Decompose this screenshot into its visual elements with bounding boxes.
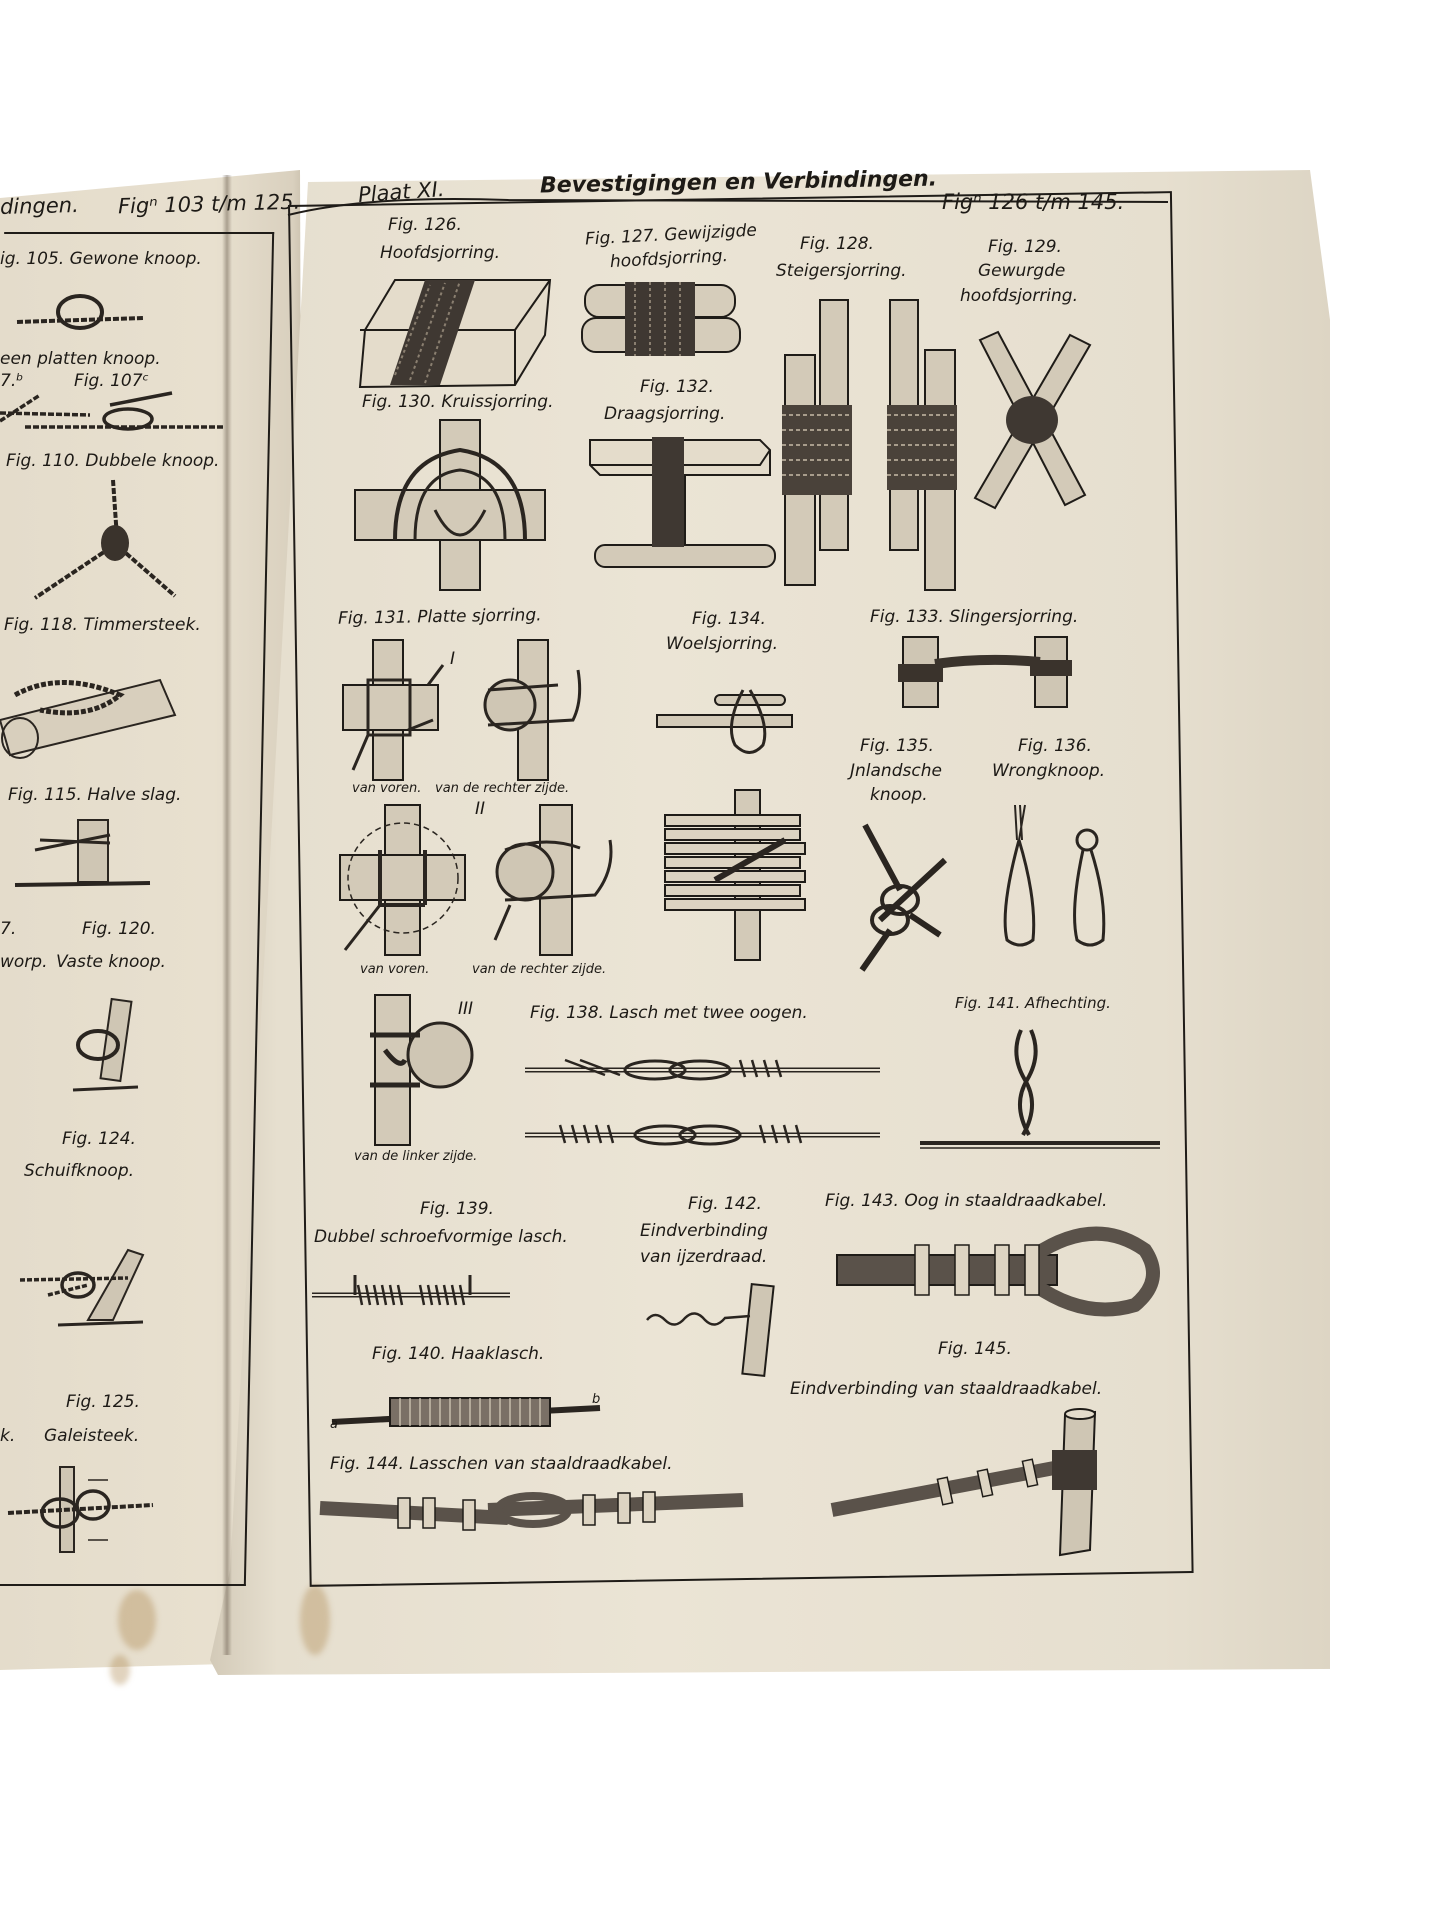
fig-131-step-one: I xyxy=(450,650,455,670)
fig-110-label: Fig. 110. Dubbele knoop. xyxy=(6,452,219,472)
gewijzigde-hoofdsjorring-illustration xyxy=(580,280,745,360)
fig-131-step1-side-caption: van de rechter zijde. xyxy=(435,782,569,797)
fig-129-name-line1: Gewurgde xyxy=(978,262,1065,282)
afhechting-illustration xyxy=(915,1025,1165,1155)
fig-140-end-b: b xyxy=(592,1393,600,1408)
water-stain xyxy=(110,1655,130,1685)
fig-131-label: Fig. 131. Platte sjorring. xyxy=(338,606,542,629)
fig-117-name: worp. xyxy=(0,953,48,973)
dubbel-schroefvormige-lasch-illustration xyxy=(310,1270,515,1310)
fig-142-name-line1: Eindverbinding xyxy=(640,1222,768,1242)
fig-131-step2-front-caption: van voren. xyxy=(360,963,429,978)
platte-sjorring-step3-side xyxy=(345,990,485,1150)
fig-144-label: Fig. 144. Lasschen van staaldraadkabel. xyxy=(330,1455,673,1475)
platte-sjorring-step2-side xyxy=(485,800,625,960)
fig-139-name: Dubbel schroefvormige lasch. xyxy=(314,1228,568,1248)
platte-knoop-illustration xyxy=(0,385,230,435)
fig-123-fragment: k. xyxy=(0,1427,15,1447)
draagsjorring-illustration xyxy=(590,435,780,575)
wrongknoop-illustration xyxy=(995,800,1120,950)
timmersteek-illustration xyxy=(0,650,180,760)
fig-132-name: Draagsjorring. xyxy=(604,405,725,425)
fig-125-name: Galeisteek. xyxy=(44,1427,139,1447)
fig-117-num: 7. xyxy=(0,920,16,940)
fig-134-name: Woelsjorring. xyxy=(666,635,778,655)
haaklasch-illustration xyxy=(330,1390,605,1435)
fig-133-label: Fig. 133. Slingersjorring. xyxy=(870,608,1078,628)
galeisteek-illustration xyxy=(8,1465,158,1555)
plate-figure-range: Figⁿ 126 t/m 145. xyxy=(942,190,1124,214)
steigersjorring-illustration xyxy=(780,295,975,595)
fig-126-name: Hoofdsjorring. xyxy=(380,244,500,264)
fig-128-number: Fig. 128. xyxy=(800,235,874,255)
platte-sjorring-step1-front xyxy=(338,640,448,780)
kruissjorring-illustration xyxy=(355,420,550,590)
fig-135-number: Fig. 135. xyxy=(860,737,934,757)
fig-145-number: Fig. 145. xyxy=(938,1340,1012,1360)
left-header-figure-range: Figⁿ 103 t/m 125. xyxy=(118,190,301,219)
vaste-knoop-illustration xyxy=(68,995,148,1095)
fig-115-label: Fig. 115. Halve slag. xyxy=(8,786,181,806)
fig-139-number: Fig. 139. xyxy=(420,1200,494,1220)
fig-131-step2-side-caption: van de rechter zijde. xyxy=(472,963,606,978)
fig-140-end-a: a xyxy=(330,1418,338,1433)
oog-in-staaldraadkabel-illustration xyxy=(835,1220,1165,1320)
fig-129-number: Fig. 129. xyxy=(988,238,1062,258)
hoofdsjorring-illustration xyxy=(355,275,555,390)
left-header-title: dingen. xyxy=(0,193,79,219)
fig-124-num: Fig. 124. xyxy=(62,1130,136,1150)
gewone-knoop-illustration xyxy=(15,290,145,335)
fig-145-name: Eindverbinding van staaldraadkabel. xyxy=(790,1380,1102,1400)
fig-120-name: Vaste knoop. xyxy=(56,953,166,973)
fig-107-label: een platten knoop. xyxy=(0,350,161,370)
fig-132-number: Fig. 132. xyxy=(640,378,714,398)
fig-142-number: Fig. 142. xyxy=(688,1195,762,1215)
inlandsche-knoop-illustration xyxy=(860,820,960,980)
schuifknoop-illustration xyxy=(18,1240,148,1330)
fig-130-label: Fig. 130. Kruissjorring. xyxy=(362,393,554,413)
fig-141-label: Fig. 141. Afhechting. xyxy=(955,995,1111,1012)
fig-140-label: Fig. 140. Haaklasch. xyxy=(372,1345,544,1365)
fig-128-name: Steigersjorring. xyxy=(776,262,907,282)
water-stain xyxy=(300,1585,330,1655)
slingersjorring-illustration xyxy=(895,632,1085,712)
fig-105-label: ig. 105. Gewone knoop. xyxy=(0,250,202,270)
dubbele-knoop-illustration xyxy=(25,478,175,608)
fig-118-label: Fig. 118. Timmersteek. xyxy=(4,616,201,636)
fig-135-name-line1: Jnlandsche xyxy=(850,762,942,782)
halve-slag-illustration xyxy=(10,815,160,895)
fig-131-step-two: II xyxy=(475,800,485,820)
fig-136-name: Wrongknoop. xyxy=(992,762,1105,782)
fig-143-label: Fig. 143. Oog in staaldraadkabel. xyxy=(825,1192,1107,1212)
fig-125-num: Fig. 125. xyxy=(66,1393,140,1413)
fig-120-num: Fig. 120. xyxy=(82,920,156,940)
woelsjorring-raft-illustration xyxy=(660,785,810,965)
platte-sjorring-step2-front xyxy=(335,800,475,960)
fig-136-number: Fig. 136. xyxy=(1018,737,1092,757)
water-stain xyxy=(118,1590,156,1650)
fig-131-step1-front-caption: van voren. xyxy=(352,782,421,797)
woelsjorring-illustration xyxy=(655,685,795,765)
left-plate-frame xyxy=(0,232,274,1586)
fig-135-name-line2: knoop. xyxy=(870,786,928,806)
fig-129-name-line2: hoofdsjorring. xyxy=(960,287,1078,307)
fig-138-label: Fig. 138. Lasch met twee oogen. xyxy=(530,1004,808,1024)
fig-134-number: Fig. 134. xyxy=(692,610,766,630)
fig-126-number: Fig. 126. xyxy=(388,216,462,236)
gewurgde-hoofdsjorring-illustration xyxy=(970,330,1090,510)
lasschen-van-staaldraadkabel-illustration xyxy=(318,1490,748,1535)
fig-124-name: Schuifknoop. xyxy=(24,1162,134,1182)
eindverbinding-ijzerdraad-illustration xyxy=(645,1280,785,1380)
fig-142-name-line2: van ijzerdraad. xyxy=(640,1248,767,1268)
eindverbinding-staaldraadkabel-illustration xyxy=(830,1410,1130,1560)
lasch-met-twee-oogen-illustration xyxy=(520,1045,890,1165)
platte-sjorring-step1-side xyxy=(468,640,588,780)
fig-131-step3-side-caption: van de linker zijde. xyxy=(354,1150,477,1165)
